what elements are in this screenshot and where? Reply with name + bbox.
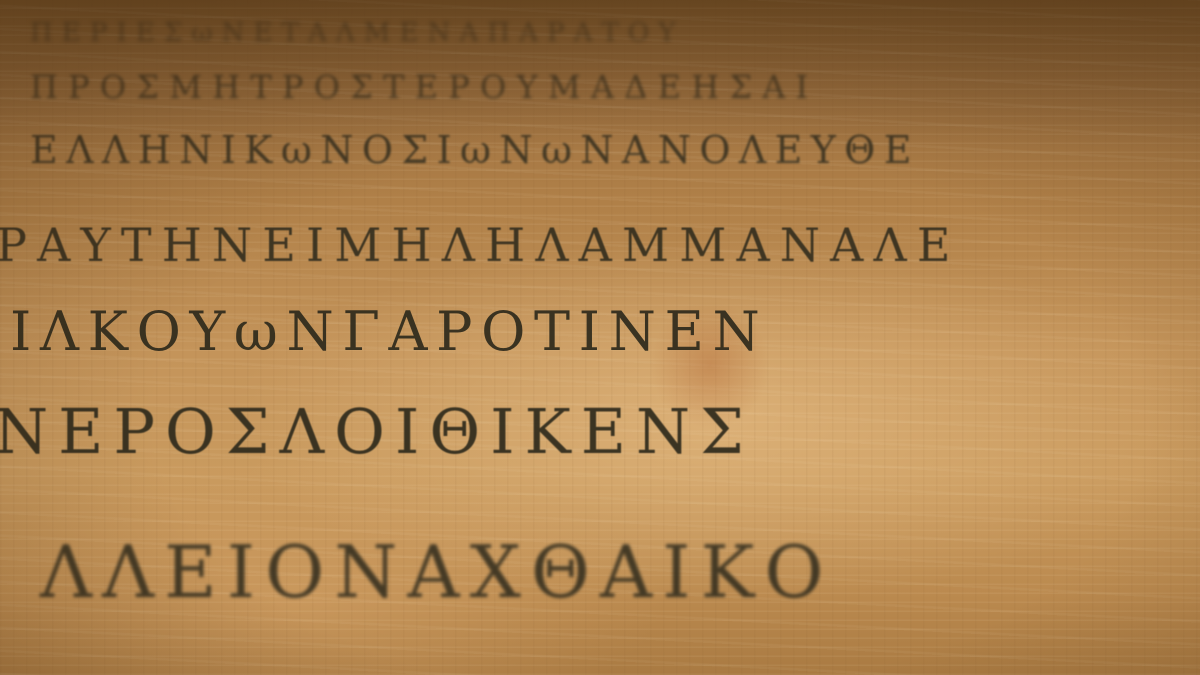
depth-of-field-vignette [0,0,1200,675]
papyrus-photo: ΠΕΡΙΕΣωΝΕΤΑΛΜΕΝΑΠΑΡΑΤΟΥ ΠΡΟΣΜΗΤΡΟΣΤΕΡΟΥΜ… [0,0,1200,675]
